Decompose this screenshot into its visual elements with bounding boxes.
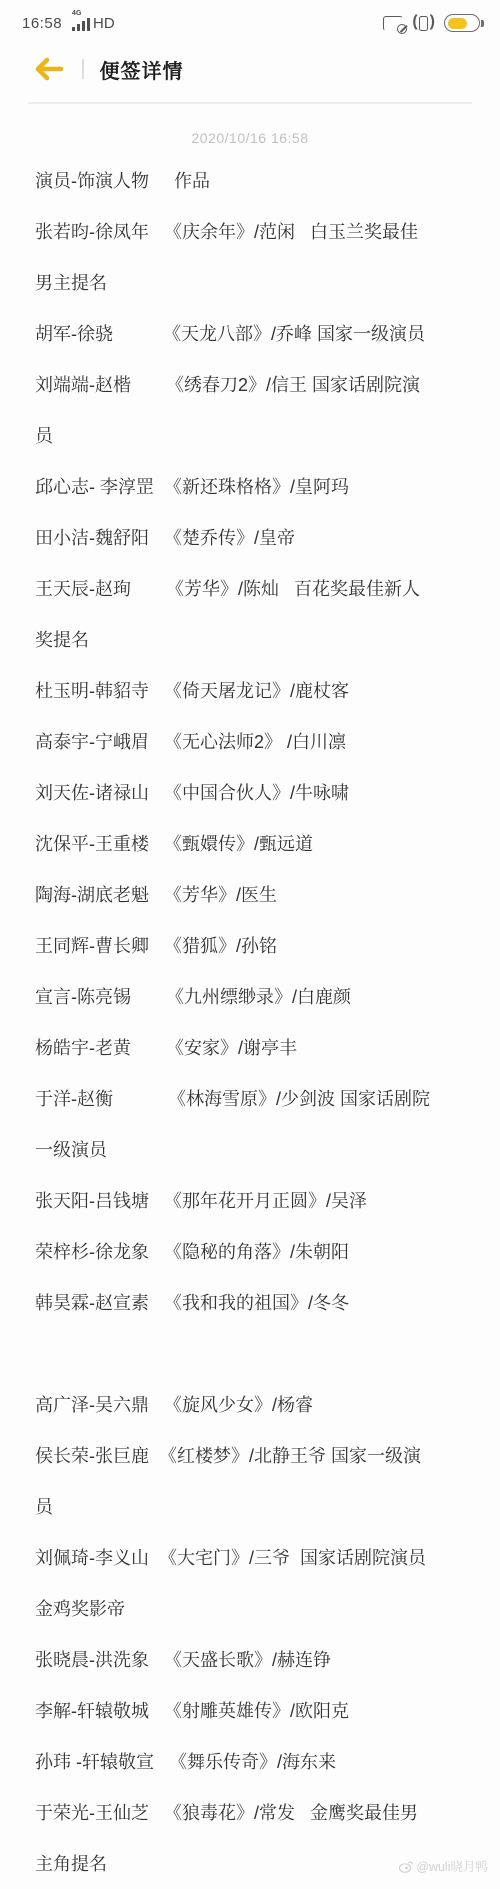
header-divider [82,59,84,79]
note-line: 胡军-徐骁 《天龙八部》/乔峰 国家一级演员 [35,307,480,358]
note-line: 宣言-陈亮锡 《九州缥缈录》/白鹿颜 [35,970,480,1021]
note-content[interactable]: 演员-饰演人物 作品 张若昀-徐凤年 《庆余年》/范闲 白玉兰奖最佳 男主提名 … [0,154,500,1888]
signal-bars-icon [72,18,90,31]
vibrate-mode-icon: () [412,15,435,31]
note-line: 李解-轩辕敬城 《射雕英雄传》/欧阳克 [35,1684,480,1735]
cellular-signal-icon: 4G [72,15,90,31]
note-line: 高泰宇-宁峨眉 《无心法师2》 /白川凛 [35,715,480,766]
network-type-label: 4G [72,10,81,17]
header: 便签详情 [0,40,500,98]
note-line [35,1327,480,1378]
note-line: 杨皓宇-老黄 《安家》/谢亭丰 [35,1021,480,1072]
back-arrow-icon [34,57,64,81]
status-bar: 16:58 4G HD () [0,0,500,40]
note-line: 于荣光-王仙芝 《狼毒花》/常发 金鹰奖最佳男 [35,1786,480,1837]
note-line: 王天辰-赵珣 《芳华》/陈灿 百花奖最佳新人 [35,562,480,613]
page-title: 便签详情 [100,55,184,84]
note-line: 员 [35,1480,480,1531]
watermark-text: @wuli晓月鸭 [416,1857,488,1875]
note-line: 孙玮 -轩辕敬宣 《舞乐传奇》/海东来 [35,1735,480,1786]
note-line: 奖提名 [35,613,480,664]
note-line: 男主提名 [35,256,480,307]
note-line: 张若昀-徐凤年 《庆余年》/范闲 白玉兰奖最佳 [35,205,480,256]
note-line: 沈保平-王重楼 《甄嬛传》/甄远道 [35,817,480,868]
weibo-logo-icon [398,1860,413,1873]
note-line: 高广泽-吴六鼎 《旋风少女》/杨睿 [35,1378,480,1429]
note-timestamp: 2020/10/16 16:58 [0,130,500,146]
status-time: 16:58 [22,15,62,32]
note-line: 一级演员 [35,1123,480,1174]
note-line: 韩昊霖-赵宣素 《我和我的祖国》/冬冬 [35,1276,480,1327]
note-line: 于洋-赵衡 《林海雪原》/少剑波 国家话剧院 [35,1072,480,1123]
note-line: 员 [35,409,480,460]
note-line: 王同辉-曹长卿 《猎狐》/孙铭 [35,919,480,970]
note-line: 荣梓杉-徐龙象 《隐秘的角落》/朱朝阳 [35,1225,480,1276]
weibo-watermark: @wuli晓月鸭 [398,1857,488,1875]
header-separator [28,102,472,104]
note-line: 陶海-湖底老魁 《芳华》/医生 [35,868,480,919]
note-line: 田小洁-魏舒阳 《楚乔传》/皇帝 [35,511,480,562]
note-line: 杜玉明-韩貂寺 《倚天屠龙记》/鹿杖客 [35,664,480,715]
note-line: 张天阳-吕钱塘 《那年花开月正圆》/吴泽 [35,1174,480,1225]
note-line: 刘天佐-诸禄山 《中国合伙人》/牛咏啸 [35,766,480,817]
notification-blocked-icon [383,15,403,30]
note-line: 金鸡奖影帝 [35,1582,480,1633]
note-line: 刘佩琦-李义山 《大宅门》/三爷 国家话剧院演员 [35,1531,480,1582]
hd-voice-label: HD [93,15,115,32]
note-line: 侯长荣-张巨鹿 《红楼梦》/北静王爷 国家一级演 [35,1429,480,1480]
note-line: 演员-饰演人物 作品 [35,154,480,205]
battery-icon [444,14,480,32]
note-line: 邱心志- 李淳罡 《新还珠格格》/皇阿玛 [35,460,480,511]
note-line: 张晓晨-洪洗象 《天盛长歌》/赫连铮 [35,1633,480,1684]
back-button[interactable] [34,57,64,81]
note-line: 刘端端-赵楷 《绣春刀2》/信王 国家话剧院演 [35,358,480,409]
